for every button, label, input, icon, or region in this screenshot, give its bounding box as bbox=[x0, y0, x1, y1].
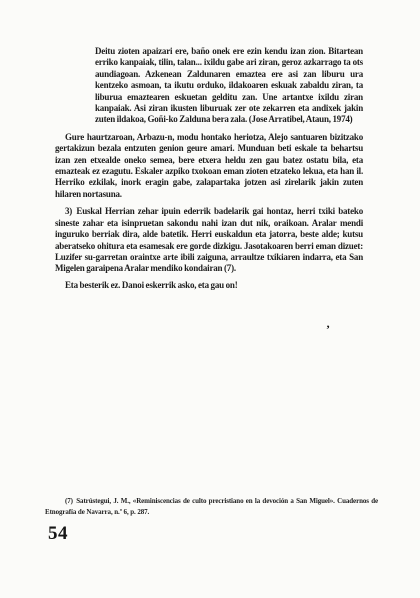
scan-artifact-mark: ’ bbox=[326, 322, 330, 337]
closing-line: Eta besterik ez. Danoi eskerrik asko, et… bbox=[55, 280, 363, 291]
quote-paragraph: Deitu zioten apaizari ere, baño onek ere… bbox=[95, 46, 363, 126]
footnote-reference: (7) Satrústegui, J. M., «Reminiscencias … bbox=[45, 496, 378, 517]
body-paragraph-childhood-memory: Gure haurtzaroan, Arbazu-n, modu hontako… bbox=[55, 132, 363, 200]
body-paragraph-3-euskal-herrian: 3) Euskal Herrian zehar ipuin ederrik ba… bbox=[55, 206, 363, 274]
page-number: 54 bbox=[48, 523, 68, 545]
book-page: Deitu zioten apaizari ere, baño onek ere… bbox=[0, 0, 420, 598]
